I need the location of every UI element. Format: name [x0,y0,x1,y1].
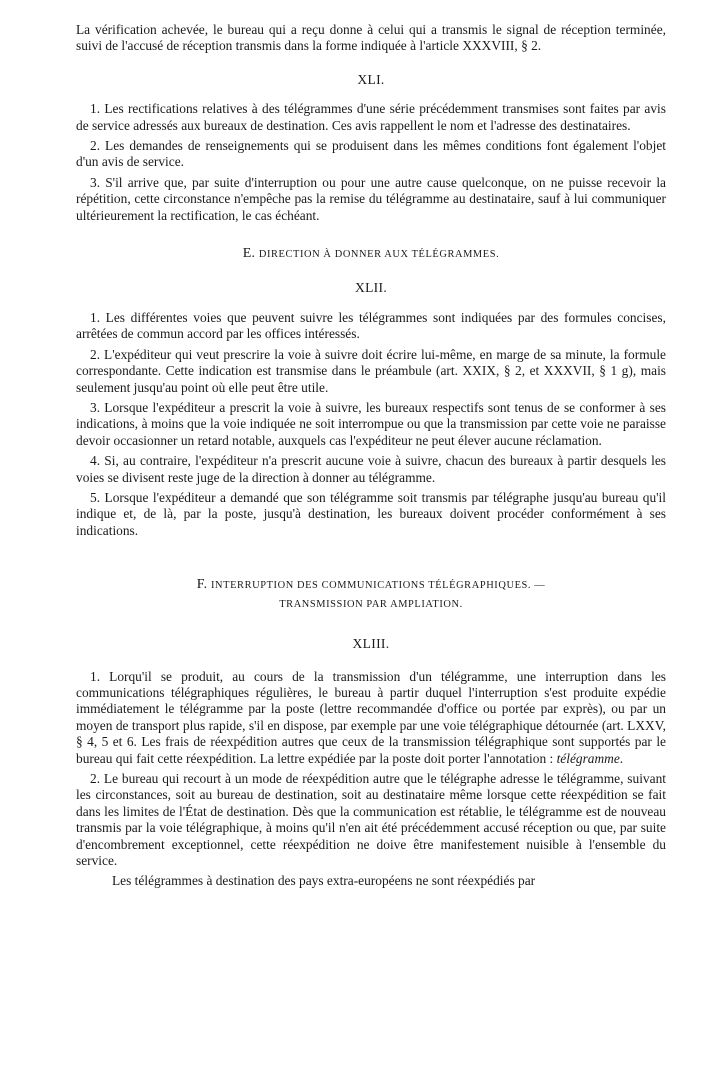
section-heading-f: F. INTERRUPTION DES COMMUNICATIONS TÉLÉG… [76,575,666,614]
xlii-paragraph-4: 4. Si, au contraire, l'expéditeur n'a pr… [76,453,666,486]
section-f-title-line-2: TRANSMISSION PAR AMPLIATION. [76,595,666,614]
xliii-paragraph-1: 1. Lorqu'il se produit, au cours de la t… [76,669,666,767]
section-f-letter: F. [197,577,208,592]
section-e-letter: E. [243,246,255,261]
section-heading-e: E. DIRECTION À DONNER AUX TÉLÉGRAMMES. [76,246,666,263]
xli-paragraph-3: 3. S'il arrive que, par suite d'interrup… [76,175,666,224]
document-page: La vérification achevée, le bureau qui a… [76,22,666,890]
xlii-paragraph-1: 1. Les différentes voies que peuvent sui… [76,310,666,343]
section-e-title: DIRECTION À DONNER AUX TÉLÉGRAMMES. [259,249,499,260]
section-f-title-line-1: INTERRUPTION DES COMMUNICATIONS TÉLÉGRAP… [211,580,545,591]
xli-paragraph-1: 1. Les rectifications relatives à des té… [76,101,666,134]
xliii-paragraph-1-italic: télégramme [557,751,620,766]
xlii-paragraph-5: 5. Lorsque l'expéditeur a demandé que so… [76,490,666,539]
xlii-paragraph-2: 2. L'expéditeur qui veut prescrire la vo… [76,347,666,396]
article-heading-xliii: XLIII. [76,636,666,652]
xliii-paragraph-1-end: . [620,751,623,766]
article-heading-xlii: XLII. [76,280,666,296]
xli-paragraph-2: 2. Les demandes de renseignements qui se… [76,138,666,171]
intro-paragraph: La vérification achevée, le bureau qui a… [76,22,666,55]
article-heading-xli: XLI. [76,72,666,88]
xlii-paragraph-3: 3. Lorsque l'expéditeur a prescrit la vo… [76,400,666,449]
xliii-paragraph-2: 2. Le bureau qui recourt à un mode de ré… [76,771,666,869]
xliii-paragraph-3: Les télégrammes à destination des pays e… [76,873,666,889]
